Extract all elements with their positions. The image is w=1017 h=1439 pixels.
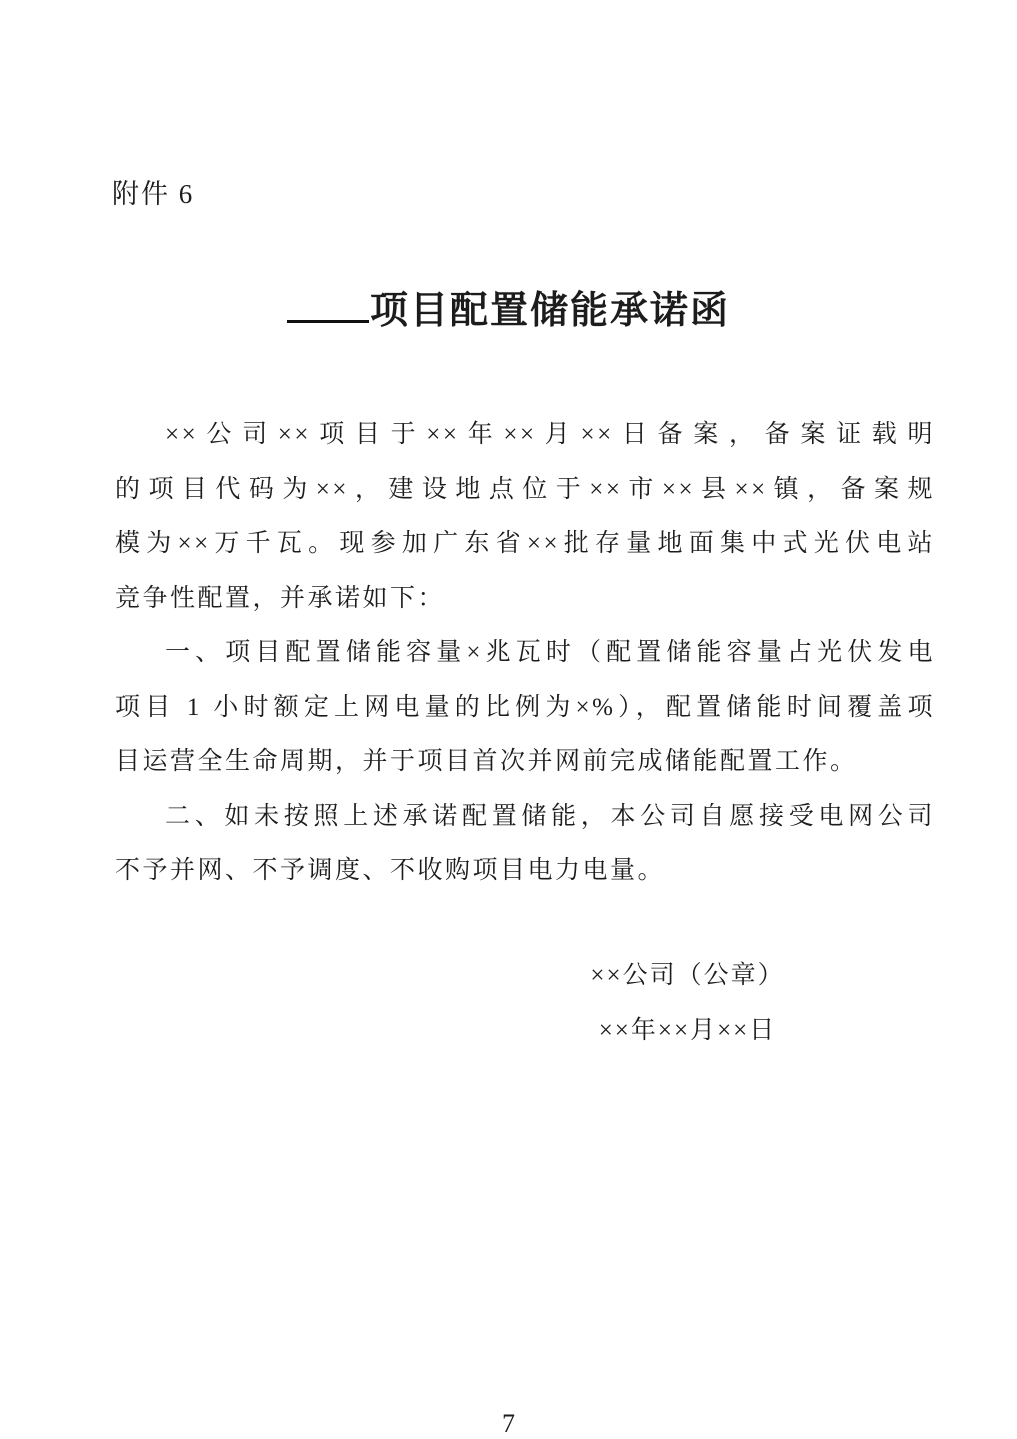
signature-date: ××年××月××日 xyxy=(505,1003,870,1058)
document-page: 附件 6 项目配置储能承诺函 ××公司××项目于××年××月××日备案，备案证载… xyxy=(0,0,1017,1439)
body-line: 一、项目配置储能容量×兆瓦时（配置储能容量占光伏发电 xyxy=(115,626,935,681)
body-line: 目运营全生命周期，并于项目首次并网前完成储能配置工作。 xyxy=(115,735,935,790)
signature-company: ××公司（公章） xyxy=(505,948,870,1003)
body-line: 二、如未按照上述承诺配置储能，本公司自愿接受电网公司 xyxy=(115,790,935,845)
body-line: 的项目代码为××，建设地点位于××市××县××镇，备案规 xyxy=(115,463,935,518)
body-line: 项目 1 小时额定上网电量的比例为×%），配置储能时间覆盖项 xyxy=(115,681,935,736)
page-number: 7 xyxy=(0,1406,1017,1439)
body-line: ××公司××项目于××年××月××日备案，备案证载明 xyxy=(115,408,935,463)
body-line: 不予并网、不予调度、不收购项目电力电量。 xyxy=(115,844,935,899)
body-line: 竞争性配置，并承诺如下： xyxy=(115,572,935,627)
body-text: ××公司××项目于××年××月××日备案，备案证载明 的项目代码为××，建设地点… xyxy=(115,408,935,899)
document-title-text: 项目配置储能承诺函 xyxy=(370,290,730,332)
signature-block: ××公司（公章） ××年××月××日 xyxy=(505,948,870,1058)
body-line: 模为××万千瓦。现参加广东省××批存量地面集中式光伏电站 xyxy=(115,517,935,572)
title-blank-line xyxy=(287,282,369,323)
attachment-label: 附件 6 xyxy=(112,176,194,212)
document-title: 项目配置储能承诺函 xyxy=(0,282,1017,337)
